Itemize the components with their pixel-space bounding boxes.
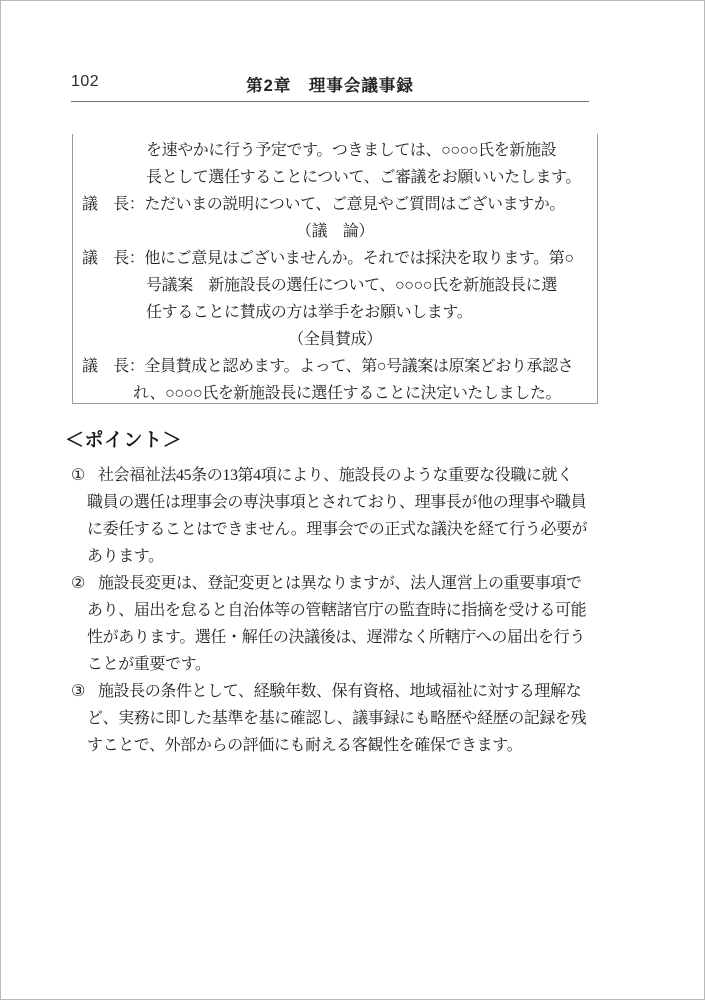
point-line: に委任することはできません。理事会での正式な議決を経て行う必要が <box>71 516 611 543</box>
minutes-line-text: 他にご意見はございませんか。それでは採決を取ります。第○ <box>144 250 573 267</box>
chapter-title: 第2章 理事会議事録 <box>71 72 589 96</box>
minutes-line-text: （議 論） <box>296 223 374 240</box>
point-line-text: 施設長の条件として、経験年数、保有資格、地域福祉に対する理解な <box>98 683 581 700</box>
point-marker: ② <box>71 575 85 592</box>
point-line: 性があります。選任・解任の決議後は、遅滞なく所轄庁への届出を行う <box>71 624 611 651</box>
point-marker: ① <box>71 467 85 484</box>
point-line: あり、届出を怠ると自治体等の管轄諸官庁の監査時に指摘を受ける可能 <box>71 597 611 624</box>
point-line: ①社会福祉法45条の13第4項により、施設長のような重要な役職に就く <box>71 462 611 489</box>
header-rule <box>71 101 589 102</box>
minutes-line: （議 論） <box>73 218 597 245</box>
point-line-text: あり、届出を怠ると自治体等の管轄諸官庁の監査時に指摘を受ける可能 <box>87 602 586 619</box>
point-line-text: 社会福祉法45条の13第4項により、施設長のような重要な役職に就く <box>98 467 573 484</box>
point-line-text: 職員の選任は理事会の専決事項とされており、理事長が他の理事や職員 <box>87 494 586 511</box>
point-line: あります。 <box>71 543 611 570</box>
minutes-line: を速やかに行う予定です。つきましては、○○○○氏を新施設 <box>73 137 597 164</box>
point-line: ②施設長変更は、登記変更とは異なりますが、法人運営上の重要事項で <box>71 570 611 597</box>
minutes-line: 長として選任することについて、ご審議をお願いいたします。 <box>73 164 597 191</box>
point-line-text: あります。 <box>87 548 164 565</box>
point-line-text: 施設長変更は、登記変更とは異なりますが、法人運営上の重要事項で <box>98 575 582 592</box>
minutes-line-text: 任することに賛成の方は挙手をお願いします。 <box>146 304 472 321</box>
point-marker: ③ <box>71 683 85 700</box>
point-line: 職員の選任は理事会の専決事項とされており、理事長が他の理事や職員 <box>71 489 611 516</box>
minutes-line: 議 長：全員賛成と認めます。よって、第○号議案は原案どおり承認さ <box>73 353 597 380</box>
points-heading: ＜ポイント＞ <box>65 425 182 452</box>
point-line-text: すことで、外部からの評価にも耐える客観性を確保できます。 <box>87 737 522 754</box>
minutes-line-text: を速やかに行う予定です。つきましては、○○○○氏を新施設 <box>146 142 556 159</box>
point-line: ど、実務に即した基準を基に確認し、議事録にも略歴や経歴の記録を残 <box>71 705 611 732</box>
minutes-line: 任することに賛成の方は挙手をお願いします。 <box>73 299 597 326</box>
point-line: すことで、外部からの評価にも耐える客観性を確保できます。 <box>71 732 611 759</box>
points-list: ①社会福祉法45条の13第4項により、施設長のような重要な役職に就く職員の選任は… <box>71 462 611 759</box>
minutes-line: 議 長：ただいまの説明について、ご意見やご質問はございますか。 <box>73 191 597 218</box>
minutes-box: を速やかに行う予定です。つきましては、○○○○氏を新施設長として選任することにつ… <box>72 134 598 404</box>
point-line: ③施設長の条件として、経験年数、保有資格、地域福祉に対する理解な <box>71 678 611 705</box>
minutes-line-text: ただいまの説明について、ご意見やご質問はございますか。 <box>144 196 565 213</box>
minutes-line: （全員賛成） <box>73 326 597 353</box>
point-line-text: ことが重要です。 <box>87 656 211 673</box>
book-page: 102 第2章 理事会議事録 を速やかに行う予定です。つきましては、○○○○氏を… <box>0 0 705 1000</box>
minutes-line-text: 長として選任することについて、ご審議をお願いいたします。 <box>146 169 581 186</box>
speaker-label: 議 長： <box>82 196 144 213</box>
minutes-line: 号議案 新施設長の選任について、○○○○氏を新施設長に選 <box>73 272 597 299</box>
point-line: ことが重要です。 <box>71 651 611 678</box>
point-line-text: に委任することはできません。理事会での正式な議決を経て行う必要が <box>87 521 587 538</box>
minutes-line-text: 号議案 新施設長の選任について、○○○○氏を新施設長に選 <box>146 277 557 294</box>
point-line-text: ど、実務に即した基準を基に確認し、議事録にも略歴や経歴の記録を残 <box>87 710 586 727</box>
minutes-line-text: れ、○○○○氏を新施設長に選任することに決定いたしました。 <box>133 385 561 402</box>
minutes-line: れ、○○○○氏を新施設長に選任することに決定いたしました。 <box>73 380 597 407</box>
minutes-line-text: 全員賛成と認めます。よって、第○号議案は原案どおり承認さ <box>144 358 573 375</box>
speaker-label: 議 長： <box>82 358 144 375</box>
point-line-text: 性があります。選任・解任の決議後は、遅滞なく所轄庁への届出を行う <box>87 629 585 646</box>
minutes-line: 議 長：他にご意見はございませんか。それでは採決を取ります。第○ <box>73 245 597 272</box>
speaker-label: 議 長： <box>82 250 144 267</box>
minutes-line-text: （全員賛成） <box>288 331 382 348</box>
